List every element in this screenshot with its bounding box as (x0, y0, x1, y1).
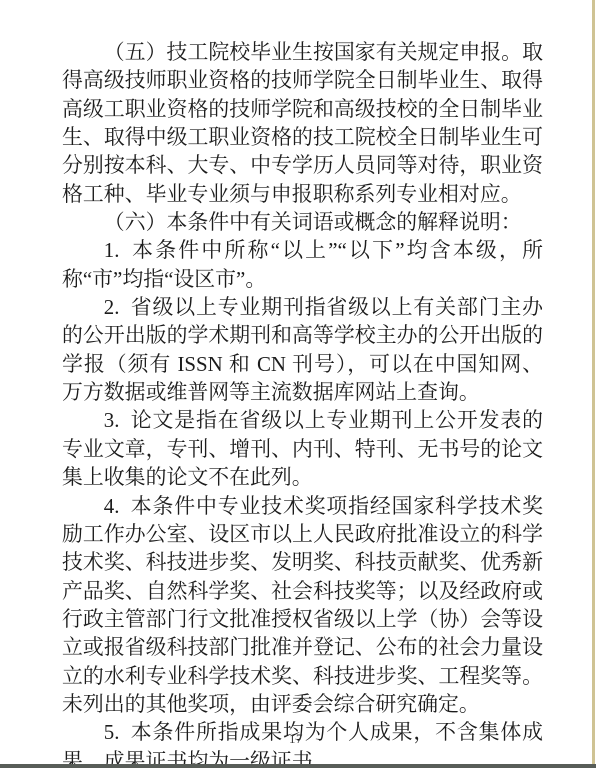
page-number: 17 (0, 731, 592, 747)
page-right-edge-line (592, 0, 595, 768)
document-page: （五）技工院校毕业生按国家有关规定申报。取得高级技师职业资格的技师学院全日制毕业… (0, 0, 596, 768)
paragraph-note-1: 1. 本条件中所称“以上”“以下”均含本级，所称“市”均指“设区市”。 (62, 236, 543, 293)
page-bottom-edge-line (0, 764, 596, 768)
paragraph-note-3: 3. 论文是指在省级以上专业期刊上公开发表的专业文章，专刊、增刊、内刊、特刊、无… (62, 406, 543, 491)
paragraph-clause-6: （六）本条件中有关词语或概念的解释说明： (62, 208, 543, 236)
paragraph-note-4: 4. 本条件中专业技术奖项指经国家科学技术奖励工作办公室、设区市以上人民政府批准… (62, 492, 543, 719)
paragraph-note-2: 2. 省级以上专业期刊指省级以上有关部门主办的公开出版的学术期刊和高等学校主办的… (62, 293, 543, 406)
paragraph-clause-5: （五）技工院校毕业生按国家有关规定申报。取得高级技师职业资格的技师学院全日制毕业… (62, 38, 543, 208)
document-body: （五）技工院校毕业生按国家有关规定申报。取得高级技师职业资格的技师学院全日制毕业… (62, 38, 543, 768)
